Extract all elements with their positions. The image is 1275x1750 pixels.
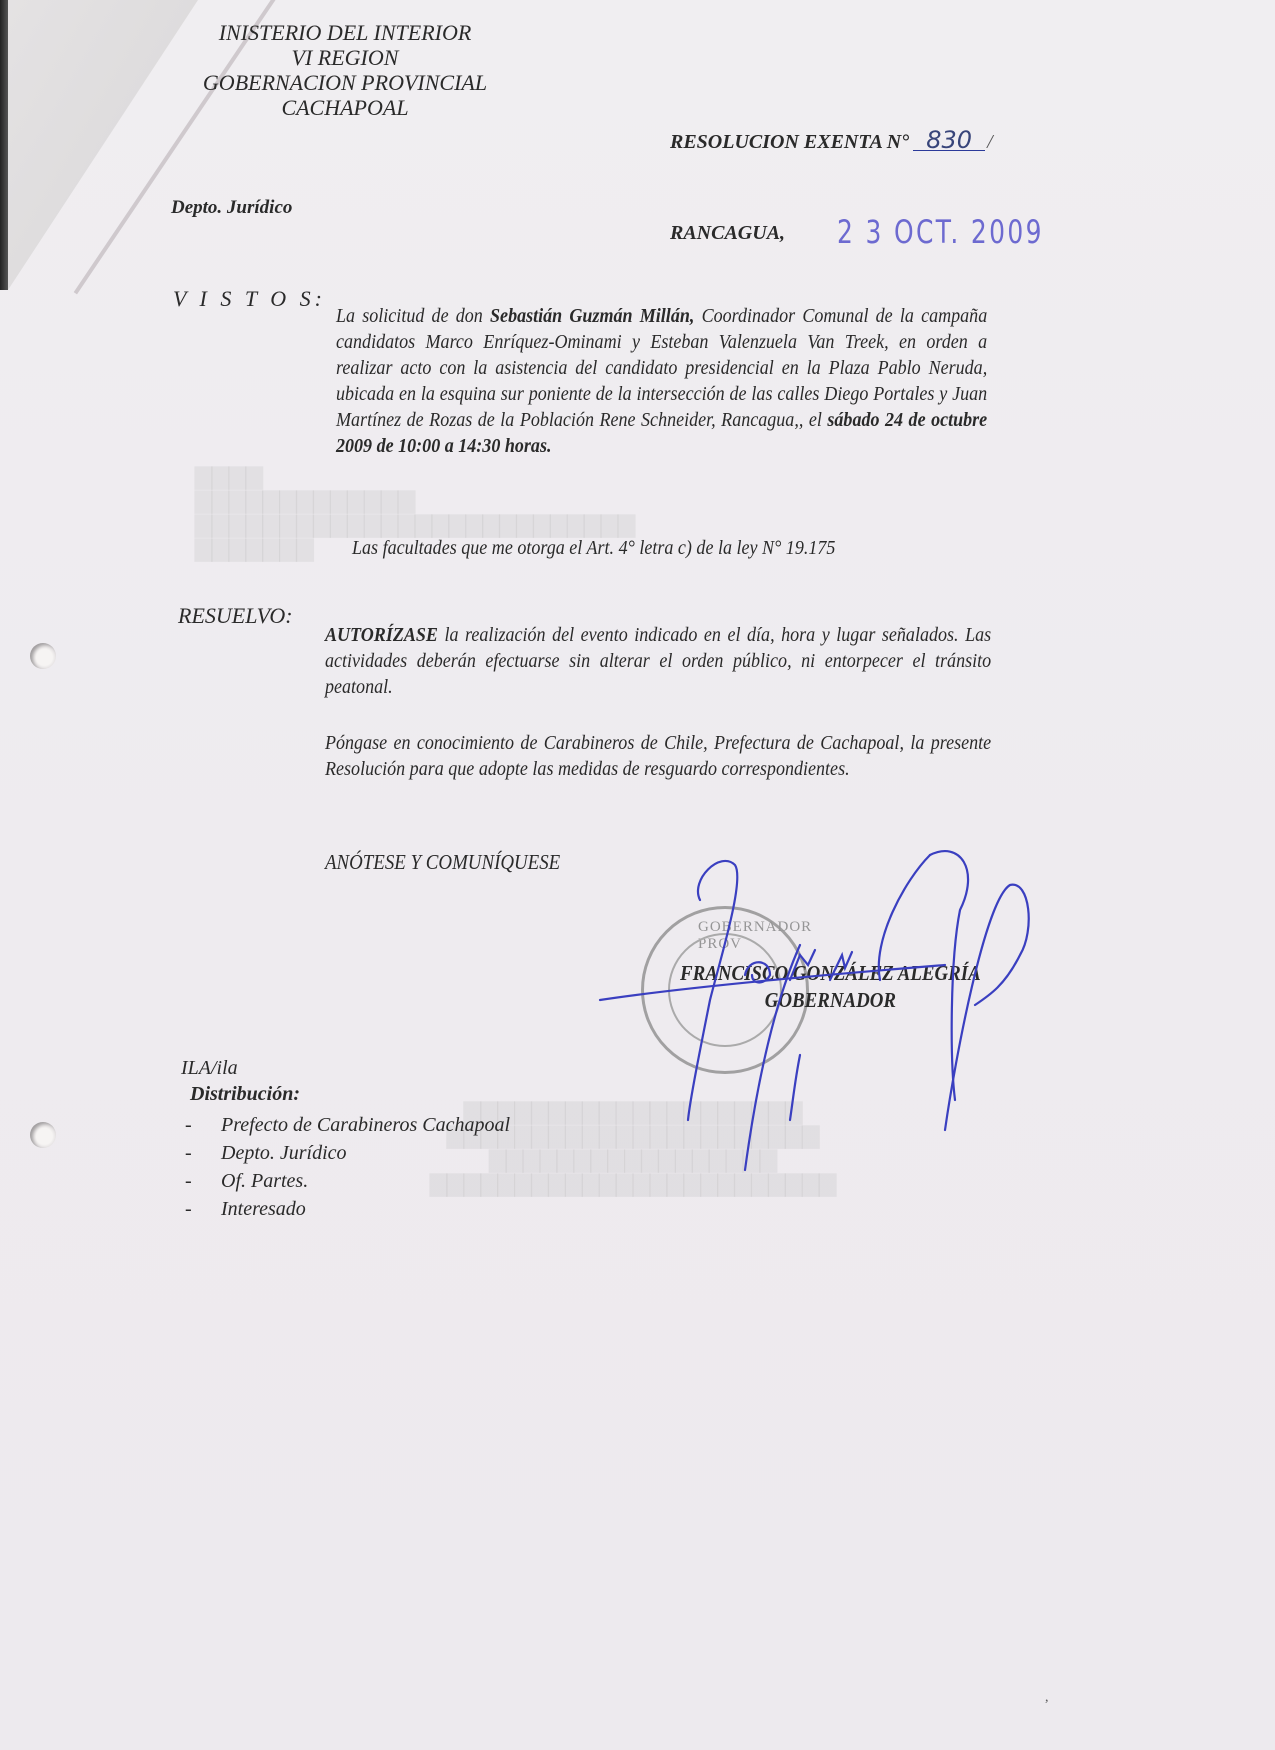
signatory-block: FRANCISCO GONZÁLEZ ALEGRÍA GOBERNADOR xyxy=(680,960,981,1014)
drafter-initials: ILA/ila xyxy=(181,1057,238,1080)
header-line: GOBERNACION PROVINCIAL xyxy=(150,70,540,95)
punch-hole-icon xyxy=(30,1122,56,1148)
distribution-item: Depto. Jurídico xyxy=(185,1139,510,1167)
authorize-keyword: AUTORÍZASE xyxy=(325,624,438,646)
resolution-slash: / xyxy=(987,131,993,153)
vistos-paragraph: La solicitud de don Sebastián Guzmán Mil… xyxy=(336,303,987,459)
date-stamp: 2 3 OCT. 2009 xyxy=(837,213,1044,251)
resolution-label: RESOLUCION EXENTA N° xyxy=(670,131,909,153)
vistos-heading: V I S T O S: xyxy=(173,286,326,312)
notification-paragraph: Póngase en conocimiento de Carabineros d… xyxy=(325,730,991,782)
applicant-name: Sebastián Guzmán Millán, xyxy=(490,305,694,327)
distribution-list: Prefecto de Carabineros Cachapoal Depto.… xyxy=(185,1111,510,1223)
handwritten-resolution-number: 830 xyxy=(913,130,985,151)
header-line: VI REGION xyxy=(150,45,540,70)
resuelvo-heading: RESUELVO: xyxy=(178,603,293,629)
signer-name: FRANCISCO GONZÁLEZ ALEGRÍA xyxy=(680,960,981,987)
issuing-authority-header: INISTERIO DEL INTERIOR VI REGION GOBERNA… xyxy=(150,20,540,120)
scan-edge-shadow xyxy=(0,0,8,290)
margin-mark: , xyxy=(1045,1690,1049,1706)
handwritten-signature-icon xyxy=(0,0,1275,1750)
punch-hole-icon xyxy=(30,643,56,669)
header-line: CACHAPOAL xyxy=(150,95,540,120)
closing-formula: ANÓTESE Y COMUNÍQUESE xyxy=(325,850,560,875)
resolution-number: RESOLUCION EXENTA N°830/ xyxy=(670,130,993,154)
legal-basis: Las facultades que me otorga el Art. 4° … xyxy=(352,535,986,561)
scanned-page: ▇▇▇▇▇▇▇▇▇▇▇▇▇▇▇▇▇▇▇▇▇▇▇▇▇▇▇▇▇▇▇▇▇▇▇▇▇▇▇▇… xyxy=(0,0,1275,1750)
vistos-text: La solicitud de don xyxy=(336,305,490,327)
signer-title: GOBERNADOR xyxy=(680,987,981,1014)
authorization-paragraph: AUTORÍZASE la realización del evento ind… xyxy=(325,622,991,700)
seal-text: GOBERNADOR PROV xyxy=(698,919,812,953)
distribution-item: Interesado xyxy=(185,1195,510,1223)
distribution-heading: Distribución: xyxy=(190,1083,300,1106)
city-label: RANCAGUA, xyxy=(670,222,785,245)
distribution-item: Of. Partes. xyxy=(185,1167,510,1195)
department-label: Depto. Jurídico xyxy=(171,197,292,219)
header-line: INISTERIO DEL INTERIOR xyxy=(150,20,540,45)
distribution-item: Prefecto de Carabineros Cachapoal xyxy=(185,1111,510,1139)
